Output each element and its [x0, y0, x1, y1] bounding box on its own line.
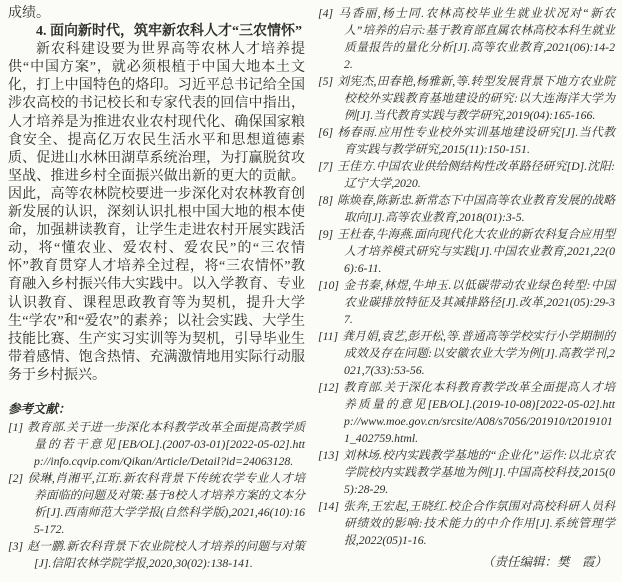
reference-number: [6]	[318, 125, 333, 139]
reference-text: 王杜春,牛海燕.面向现代化大农业的新农科复合应用型人才培养模式研究与实践[J].…	[337, 227, 615, 275]
references-list-left: [1]教育部.关于进一步深化本科教学改革全面提高教学质量的若干意见[EB/OL]…	[8, 419, 305, 572]
reference-number: [13]	[318, 448, 339, 462]
reference-item: [1]教育部.关于进一步深化本科教学改革全面提高教学质量的若干意见[EB/OL]…	[8, 419, 305, 470]
reference-item: [13]刘林场.校内实践教学基地的“企业化”运作:以北京农学院校内实践教学基地为…	[318, 447, 615, 498]
reference-item: [9]王杜春,牛海燕.面向现代化大农业的新农科复合应用型人才培养模式研究与实践[…	[318, 226, 615, 277]
section-heading: 4. 面向新时代，筑牢新农科人才“三农情怀”	[8, 23, 305, 41]
reference-text: 侯琳,肖湘平,江珩.新农科背景下传统农学专业人才培养面临的问题及对策:基于8校人…	[27, 471, 305, 536]
reference-number: [5]	[318, 74, 333, 88]
reference-number: [10]	[318, 278, 339, 292]
paragraph-continuation: 成绩。	[8, 5, 305, 23]
reference-text: 杨春雨.应用性专业校外实训基地建设研究[J].当代教育实践与教学研究,2015(…	[337, 125, 615, 156]
reference-item: [6]杨春雨.应用性专业校外实训基地建设研究[J].当代教育实践与教学研究,20…	[318, 124, 615, 158]
reference-number: [12]	[318, 380, 339, 394]
reference-text: 教育部.关于深化本科教育教学改革全面提高人才培养质量的意见[EB/OL].(20…	[343, 380, 615, 445]
reference-item: [7]王佳方.中国农业供给侧结构性改革路径研究[D].沈阳:辽宁大学,2020.	[318, 158, 615, 192]
references-list-right: [4]马香丽,杨士同.农林高校毕业生就业状况对“新农人”培养的启示:基于教育部直…	[318, 5, 615, 549]
reference-text: 金书秦,林煜,牛坤玉.以低碳带动农业绿色转型:中国农业碳排放特征及其减排路径[J…	[343, 278, 615, 326]
reference-text: 教育部.关于进一步深化本科教学改革全面提高教学质量的若干意见[EB/OL].(2…	[27, 420, 305, 468]
editor-note: （责任编辑：樊 霞）	[318, 552, 615, 570]
body-text-block: 成绩。 4. 面向新时代，筑牢新农科人才“三农情怀” 新农科建设要为世界高等农林…	[8, 5, 305, 385]
references-heading: 参考文献：	[8, 399, 305, 417]
reference-item: [2]侯琳,肖湘平,江珩.新农科背景下传统农学专业人才培养面临的问题及对策:基于…	[8, 470, 305, 538]
reference-text: 张奔,王宏起,王晓红.校企合作氛围对高校科研人员科研绩效的影响:技术能力的中介作…	[343, 499, 615, 547]
reference-text: 王佳方.中国农业供给侧结构性改革路径研究[D].沈阳:辽宁大学,2020.	[337, 159, 615, 190]
reference-item: [8]陈焕春,陈新忠.新常态下中国高等农业教育发展的战略取向[J].高等农业教育…	[318, 192, 615, 226]
reference-number: [7]	[318, 159, 333, 173]
reference-text: 陈焕春,陈新忠.新常态下中国高等农业教育发展的战略取向[J].高等农业教育,20…	[337, 193, 615, 224]
paper-page: 成绩。 4. 面向新时代，筑牢新农科人才“三农情怀” 新农科建设要为世界高等农林…	[0, 0, 622, 582]
reference-number: [1]	[8, 420, 23, 434]
reference-item: [12]教育部.关于深化本科教育教学改革全面提高人才培养质量的意见[EB/OL]…	[318, 379, 615, 447]
reference-item: [14]张奔,王宏起,王晓红.校企合作氛围对高校科研人员科研绩效的影响:技术能力…	[318, 498, 615, 549]
reference-text: 马香丽,杨士同.农林高校毕业生就业状况对“新农人”培养的启示:基于教育部直属农林…	[337, 6, 615, 71]
reference-number: [2]	[8, 471, 23, 485]
reference-number: [14]	[318, 499, 339, 513]
reference-number: [8]	[318, 193, 333, 207]
right-column: [4]马香丽,杨士同.农林高校毕业生就业状况对“新农人”培养的启示:基于教育部直…	[318, 5, 615, 570]
reference-number: [3]	[8, 539, 23, 553]
left-column: 成绩。 4. 面向新时代，筑牢新农科人才“三农情怀” 新农科建设要为世界高等农林…	[8, 5, 305, 572]
reference-item: [5]刘宪杰,田春艳,杨雅新,等.转型发展背景下地方农业院校校外实践教育基地建设…	[318, 73, 615, 124]
reference-text: 刘宪杰,田春艳,杨雅新,等.转型发展背景下地方农业院校校外实践教育基地建设的研究…	[337, 74, 615, 122]
reference-item: [3]赵一鹏.新农科背景下农业院校人才培养的问题与对策[J].信阳农林学院学报,…	[8, 538, 305, 572]
reference-item: [4]马香丽,杨士同.农林高校毕业生就业状况对“新农人”培养的启示:基于教育部直…	[318, 5, 615, 73]
reference-number: [9]	[318, 227, 333, 241]
reference-text: 赵一鹏.新农科背景下农业院校人才培养的问题与对策[J].信阳农林学院学报,202…	[27, 539, 305, 570]
reference-item: [11]龚月娟,袁艺,彭开松,等.普通高等学校实行小学期制的成效及存在问题:以安…	[318, 328, 615, 379]
reference-text: 刘林场.校内实践教学基地的“企业化”运作:以北京农学院校内实践教学基地为例[J]…	[343, 448, 615, 496]
reference-text: 龚月娟,袁艺,彭开松,等.普通高等学校实行小学期制的成效及存在问题:以安徽农业大…	[342, 329, 615, 377]
body-paragraph: 新农科建设要为世界高等农林人才培养提供“中国方案”，就必须根植于中国大地本土文化…	[8, 41, 305, 385]
reference-item: [10]金书秦,林煜,牛坤玉.以低碳带动农业绿色转型:中国农业碳排放特征及其减排…	[318, 277, 615, 328]
reference-number: [11]	[318, 329, 338, 343]
reference-number: [4]	[318, 6, 333, 20]
